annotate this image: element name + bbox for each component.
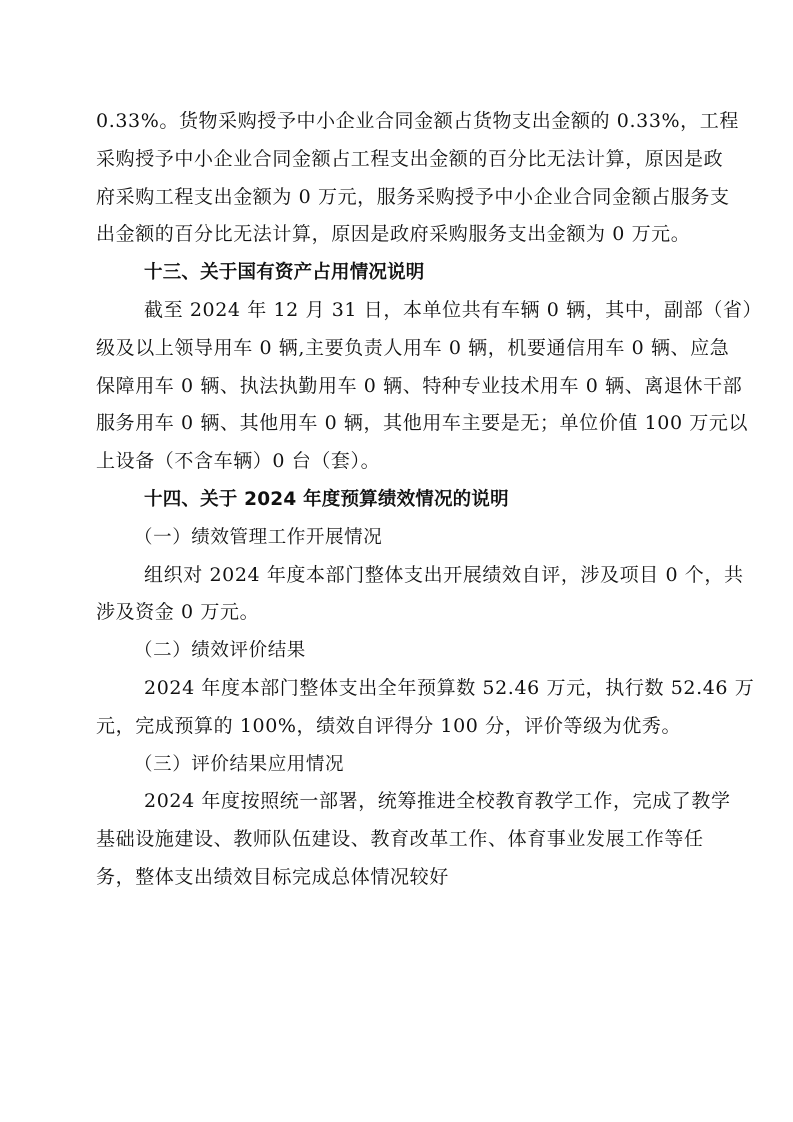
text-line: 服务用车 0 辆、其他用车 0 辆，其他用车主要是无；单位价值 100 万元以 [96,405,700,443]
text-line: 涉及资金 0 万元。 [96,594,700,632]
text-line: 元，完成预算的 100%，绩效自评得分 100 分，评价等级为优秀。 [96,708,700,746]
section-heading: 十三、关于国有资产占用情况说明 [96,254,700,292]
continuation-paragraph: 0.33%。货物采购授予中小企业合同金额占货物支出金额的 0.33%，工程 采购… [96,103,700,254]
text-line: 截至 2024 年 12 月 31 日，本单位共有车辆 0 辆，其中，副部（省） [96,292,700,330]
text-line: 务，整体支出绩效目标完成总体情况较好 [96,859,700,897]
section-heading: 十四、关于 2024 年度预算绩效情况的说明 [96,481,700,519]
text-line: 0.33%。货物采购授予中小企业合同金额占货物支出金额的 0.33%，工程 [96,103,700,141]
text-line: 采购授予中小企业合同金额占工程支出金额的百分比无法计算，原因是政 [96,141,700,179]
text-line: 2024 年度本部门整体支出全年预算数 52.46 万元，执行数 52.46 万 [96,670,700,708]
text-line: 2024 年度按照统一部署，统筹推进全校教育教学工作，完成了教学 [96,783,700,821]
text-line: 保障用车 0 辆、执法执勤用车 0 辆、特种专业技术用车 0 辆、离退休干部 [96,368,700,406]
subsection-heading: （三）评价结果应用情况 [96,746,700,784]
text-line: 出金额的百分比无法计算，原因是政府采购服务支出金额为 0 万元。 [96,216,700,254]
text-line: 基础设施建设、教师队伍建设、教育改革工作、体育事业发展工作等任 [96,821,700,859]
text-line: 组织对 2024 年度本部门整体支出开展绩效自评，涉及项目 0 个，共 [96,557,700,595]
section-14: 十四、关于 2024 年度预算绩效情况的说明 （一）绩效管理工作开展情况 组织对… [96,481,700,897]
text-line: 级及以上领导用车 0 辆,主要负责人用车 0 辆，机要通信用车 0 辆、应急 [96,330,700,368]
text-line: 府采购工程支出金额为 0 万元，服务采购授予中小企业合同金额占服务支 [96,179,700,217]
section-13: 十三、关于国有资产占用情况说明 截至 2024 年 12 月 31 日，本单位共… [96,254,700,481]
document-page: 0.33%。货物采购授予中小企业合同金额占货物支出金额的 0.33%，工程 采购… [96,103,700,897]
text-line: 上设备（不含车辆）0 台（套）。 [96,443,700,481]
subsection-heading: （一）绩效管理工作开展情况 [96,519,700,557]
subsection-heading: （二）绩效评价结果 [96,632,700,670]
